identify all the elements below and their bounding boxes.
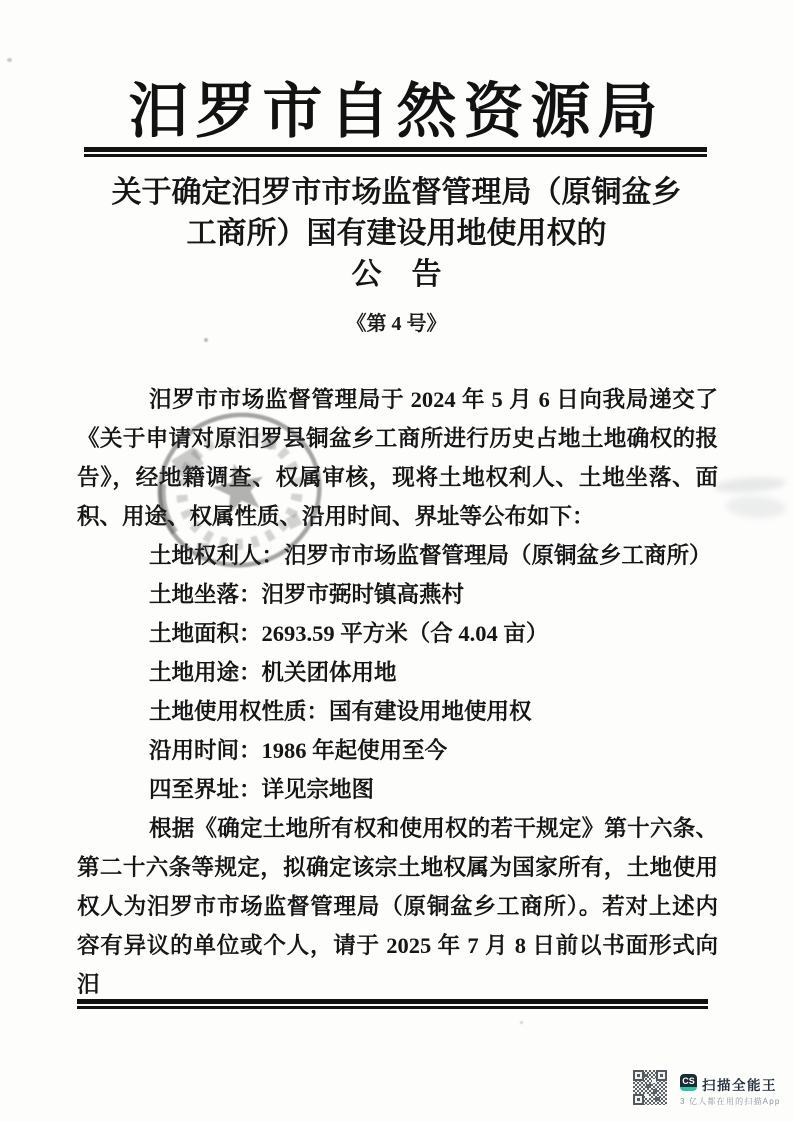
notice-title: 关于确定汨罗市市场监督管理局（原铜盆乡 工商所）国有建设用地使用权的 公 告 [0, 172, 793, 295]
notice-title-line-1: 关于确定汨罗市市场监督管理局（原铜盆乡 [0, 172, 793, 213]
notice-title-line-2: 工商所）国有建设用地使用权的 [0, 213, 793, 254]
document-number: 《第 4 号》 [0, 307, 793, 336]
scan-smudge [725, 494, 786, 519]
footer-double-rule [77, 999, 708, 1009]
scan-speck [589, 425, 592, 428]
notice-title-line-3: 公 告 [0, 254, 793, 295]
scanner-app-tagline: 3 亿人都在用的扫描App [680, 1096, 781, 1107]
notice-body: 汨罗市市场监督管理局于 2024 年 5 月 6 日向我局递交了《关于申请对原汨… [77, 380, 718, 1004]
scan-smudge [714, 476, 787, 495]
scan-speck [7, 58, 12, 62]
qr-code-icon [633, 1070, 667, 1105]
camscanner-logo-icon: CS [680, 1074, 697, 1091]
paragraph: 土地面积：2693.59 平方米（合 4.04 亩） [77, 614, 718, 653]
paragraph: 沿用时间：1986 年起使用至今 [77, 731, 718, 770]
letterhead-title: 汨罗市自然资源局 [0, 78, 793, 146]
scan-speck [520, 1021, 523, 1024]
letterhead-double-rule [84, 147, 707, 157]
camscanner-watermark: CS 扫描全能王 3 亿人都在用的扫描App [633, 1068, 781, 1108]
paragraph: 汨罗市市场监督管理局于 2024 年 5 月 6 日向我局递交了《关于申请对原汨… [77, 380, 718, 536]
scan-speck [204, 338, 208, 342]
paragraph: 土地使用权性质：国有建设用地使用权 [77, 692, 718, 731]
paragraph: 土地用途：机关团体用地 [77, 653, 718, 692]
paragraph: 土地权利人：汨罗市市场监督管理局（原铜盆乡工商所） [77, 536, 718, 575]
scanner-app-name: 扫描全能王 [702, 1074, 777, 1094]
scanned-document-page: 汨罗市自然资源局 关于确定汨罗市市场监督管理局（原铜盆乡 工商所）国有建设用地使… [0, 0, 793, 1122]
paragraph: 四至界址：详见宗地图 [77, 770, 718, 809]
paragraph: 土地坐落：汨罗市弼时镇高燕村 [77, 575, 718, 614]
paragraph: 根据《确定土地所有权和使用权的若干规定》第十六条、第二十六条等规定，拟确定该宗土… [77, 809, 718, 1004]
